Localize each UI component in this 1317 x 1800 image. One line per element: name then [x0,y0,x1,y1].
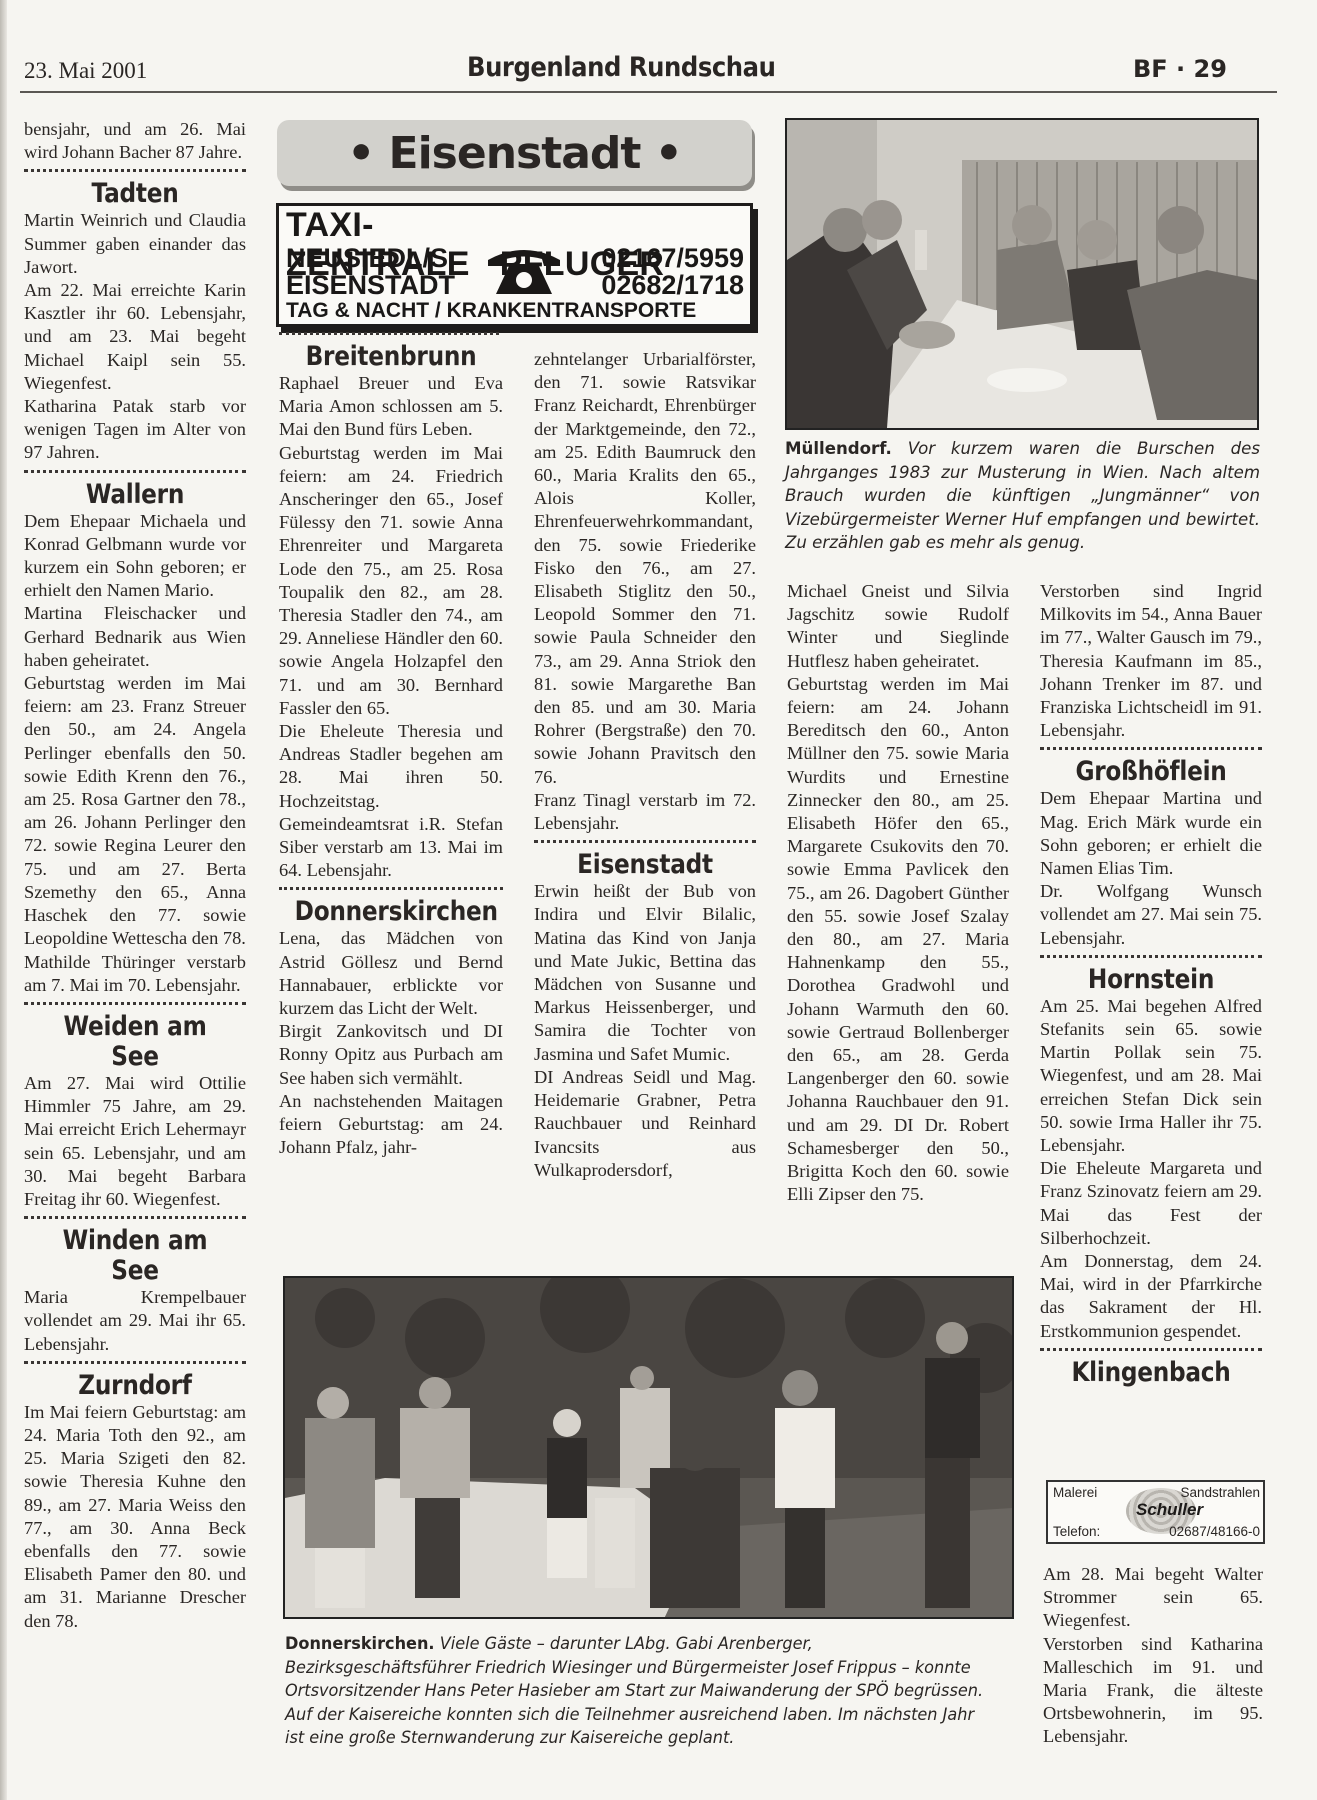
dotted-divider [279,332,499,335]
page-number: BF · 29 [1133,55,1227,83]
section-heading-weiden: Weiden am See [40,1012,231,1072]
dotted-divider [24,1361,246,1364]
dotted-divider [24,1216,246,1219]
schuller-logo-text: Schuller [1136,1500,1203,1520]
paragraph: Im Mai feiern Geburtstag: am 24. Maria T… [24,1401,246,1633]
paragraph: DI Andreas Seidl und Mag. Heidemarie Gra… [534,1066,756,1182]
ad-label-malerei: Malerei [1053,1485,1097,1500]
ad-phone-number: 02687/48166-0 [1169,1524,1260,1539]
paragraph: Die Eheleute Theresia und Andreas Stadle… [279,720,503,813]
caption-place: Müllendorf. [785,439,892,458]
paragraph: Franz Tinagl verstarb im 72. Lebensjahr. [534,789,756,835]
photo-muellendorf [785,118,1259,430]
section-heading-tadten: Tadten [40,179,231,209]
paragraph: Gemeindeamtsrat i.R. Stefan Siber versta… [279,813,503,883]
group-hike-photo [285,1278,1012,1617]
article-continuation: zehntelanger Urbarialförster, den 71. so… [534,348,756,789]
section-heading-eisenstadt: Eisenstadt [550,850,741,880]
newspaper-title: Burgenland Rundschau [467,52,775,83]
paragraph: Raphael Breuer und Eva Maria Amon schlos… [279,372,503,442]
dotted-divider [1040,955,1262,958]
paragraph: Katharina Patak starb vor wenigen Tagen … [24,395,246,465]
section-heading-donnerskirchen: Donnerskirchen [295,897,488,927]
section-heading-hornstein: Hornstein [1056,965,1247,995]
paragraph: Dr. Wolfgang Wunsch vollendet am 27. Mai… [1040,880,1262,950]
section-heading-klingenbach: Klingenbach [1056,1358,1247,1388]
paragraph: Am 27. Mai wird Ottilie Himmler 75 Jahre… [24,1072,246,1211]
paragraph: Dem Ehepaar Michaela und Konrad Gelbmann… [24,510,246,603]
dotted-divider [24,1002,246,1005]
section-heading-wallern: Wallern [40,480,231,510]
paragraph: Mathilde Thüringer verstarb am 7. Mai im… [24,951,246,997]
column-2: Breitenbrunn Raphael Breuer und Eva Mari… [279,332,503,1160]
article-continuation: bensjahr, und am 26. Mai wird Johann Bac… [24,118,246,164]
paragraph: Am Donnerstag, dem 24. Mai, wird in der … [1040,1250,1262,1343]
paragraph: Lena, das Mädchen von Astrid Göllesz und… [279,927,503,1020]
section-heading-zurndorf: Zurndorf [40,1371,231,1401]
region-banner: • Eisenstadt • [277,120,752,186]
paragraph: Am 22. Mai erreichte Karin Kasztler ihr … [24,279,246,395]
telephone-icon [486,246,562,296]
paragraph: An nachstehenden Maitagen feiern Geburts… [279,1090,503,1160]
ad-label-sandstrahlen: Sandstrahlen [1180,1485,1260,1500]
paragraph: Geburtstag werden im Mai feiern: am 24. … [279,442,503,720]
paragraph: Die Eheleute Margareta und Franz Szinova… [1040,1157,1262,1250]
paragraph: Am 28. Mai begeht Walter Strommer sein 6… [1043,1563,1263,1633]
dotted-divider [24,169,246,172]
taxi-service-line: TAG & NACHT / KRANKENTRANSPORTE [286,299,696,323]
paragraph: Erwin heißt der Bub von Indira und Elvir… [534,880,756,1066]
paragraph: Geburtstag werden im Mai feiern: am 24. … [787,673,1009,1207]
page-edge [0,0,7,1800]
dotted-divider [534,840,756,843]
schuller-advertisement: Schuller Malerei Sandstrahlen Telefon: 0… [1046,1480,1265,1544]
dotted-divider [279,887,503,890]
paragraph: Am 25. Mai begehen Alfred Stefanits sein… [1040,995,1262,1157]
paragraph: Martina Fleischacker und Gerhard Bednari… [24,602,246,672]
dotted-divider [1040,1348,1262,1351]
column-4: Michael Gneist und Silvia Jagschitz sowi… [787,580,1009,1206]
dotted-divider [1040,747,1262,750]
paragraph: Birgit Zankovitsch und DI Ronny Opitz au… [279,1020,503,1090]
dotted-divider [24,470,246,473]
column-5: Verstorben sind Ingrid Milkovits im 54.,… [1040,580,1262,1388]
photo-caption-muellendorf: Müllendorf. Vor kurzem waren die Bursche… [785,437,1260,555]
taxi-phone-2: 02682/1718 [601,270,744,301]
column-5-continued: Am 28. Mai begeht Walter Strommer sein 6… [1043,1563,1263,1749]
paragraph: Geburtstag werden im Mai feiern: am 23. … [24,672,246,950]
header-rule [20,91,1277,93]
group-dinner-photo [787,120,1257,428]
paragraph: Maria Krempelbauer vollendet am 29. Mai … [24,1286,246,1356]
section-heading-winden: Winden am See [40,1226,231,1286]
photo-caption-donnerskirchen: Donnerskirchen. Viele Gäste – darunter L… [285,1632,986,1750]
paragraph: Dem Ehepaar Martina und Mag. Erich Märk … [1040,787,1262,880]
issue-date: 23. Mai 2001 [24,58,147,84]
paragraph: Michael Gneist und Silvia Jagschitz sowi… [787,580,1009,673]
section-heading-grosshoeflein: Großhöflein [1056,757,1247,787]
section-heading-breitenbrunn: Breitenbrunn [295,342,488,372]
paragraph: Martin Weinrich und Claudia Summer gaben… [24,209,246,279]
photo-donnerskirchen [283,1276,1014,1619]
paragraph: Verstorben sind Katharina Malleschich im… [1043,1633,1263,1749]
taxi-advertisement: TAXI-ZENTRALEPFLUGER NEUSIEDL/S 02167/59… [276,203,753,327]
caption-place: Donnerskirchen. [285,1633,435,1653]
paragraph: Verstorben sind Ingrid Milkovits im 54.,… [1040,580,1262,742]
column-3: zehntelanger Urbarialförster, den 71. so… [534,348,756,1182]
taxi-city-2: EISENSTADT [286,270,455,301]
ad-label-telefon: Telefon: [1053,1524,1100,1539]
column-1: bensjahr, und am 26. Mai wird Johann Bac… [24,118,246,1633]
